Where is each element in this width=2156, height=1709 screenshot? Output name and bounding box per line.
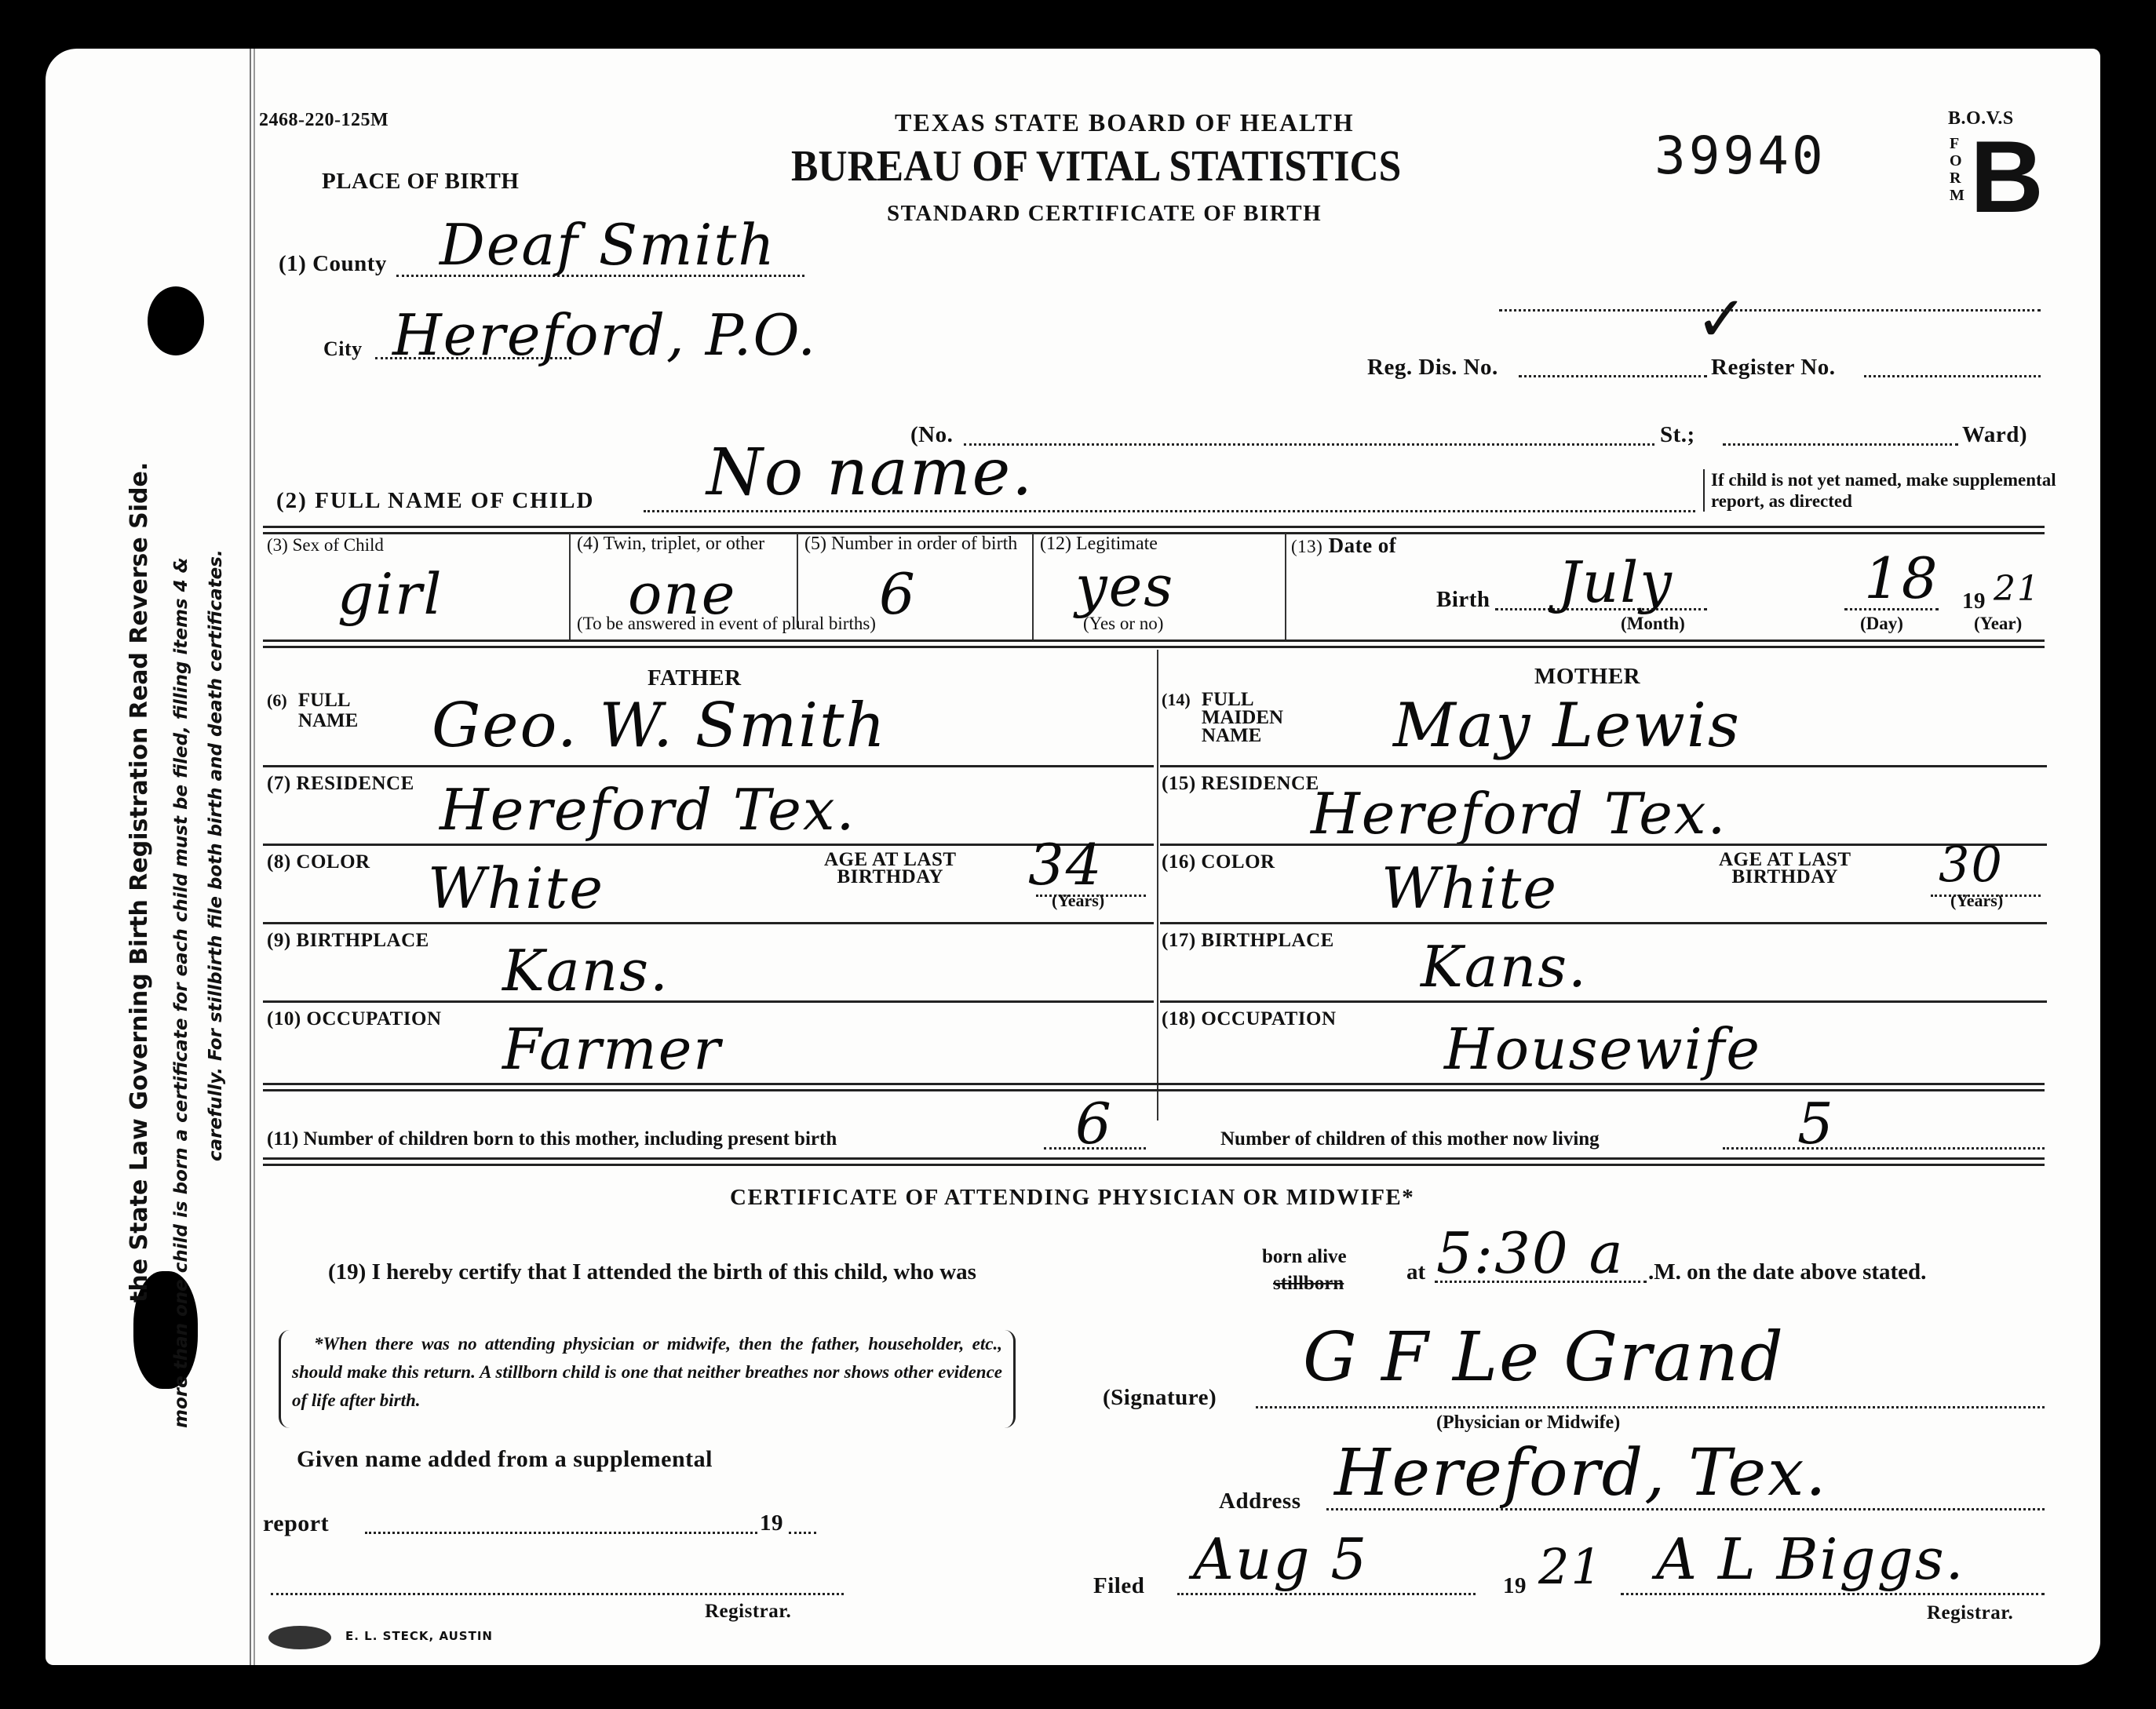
reg-dis-label: Reg. Dis. No. <box>1367 355 1498 381</box>
certificate-number: 39940 <box>1654 126 1826 186</box>
mother-occupation-label: (18) OCCUPATION <box>1162 1008 1337 1030</box>
father-name-value: Geo. W. Smith <box>432 691 887 761</box>
sex-label: (3) Sex of Child <box>267 535 384 556</box>
mother-birthplace-value: Kans. <box>1421 934 1588 1000</box>
father-birthplace-value: Kans. <box>502 938 669 1004</box>
father-occupation-value: Farmer <box>502 1016 722 1082</box>
day-caption: (Day) <box>1860 614 1903 634</box>
signature-line <box>1256 1406 2045 1408</box>
born-alive-option: born alive <box>1262 1246 1347 1268</box>
supplemental-report-label: report <box>263 1510 329 1537</box>
mother-name-rule <box>1160 765 2047 767</box>
form-code: 2468-220-125M <box>259 110 389 131</box>
supplemental-year-line <box>789 1532 816 1534</box>
mother-color-label: (16) COLOR <box>1162 851 1275 873</box>
certificate-type: STANDARD CERTIFICATE OF BIRTH <box>887 201 1322 227</box>
father-age-caption: (Years) <box>1052 891 1104 911</box>
form-letter: B <box>1970 126 2044 228</box>
father-birthplace-rule <box>263 1000 1154 1003</box>
dob-day-value: 18 <box>1864 545 1939 611</box>
footnote-bracket-box: *When there was no attending physician o… <box>279 1330 1016 1428</box>
sex-value: girl <box>337 561 443 627</box>
father-residence-value: Hereford Tex. <box>440 777 855 843</box>
signature-value: G F Le Grand <box>1303 1318 1785 1397</box>
month-caption: (Month) <box>1621 614 1685 634</box>
dob-year-prefix: 19 <box>1962 588 1986 614</box>
twin-label: (4) Twin, triplet, or other <box>577 534 773 554</box>
margin-instruction-line2: more than one child is born a certificat… <box>171 557 192 1428</box>
legitimate-label: (12) Legitimate <box>1040 534 1158 555</box>
rule-below-children <box>263 1157 2045 1166</box>
children-living-value: 5 <box>1797 1091 1835 1157</box>
filed-date-value: Aug 5 <box>1193 1526 1368 1592</box>
mother-name-label: (14) FULL MAIDEN NAME <box>1162 691 1280 745</box>
order-label: (5) Number in order of birth <box>804 534 1024 554</box>
plural-births-note: (To be answered in event of plural birth… <box>577 614 876 634</box>
mother-residence-label: (15) RESIDENCE <box>1162 773 1319 795</box>
mother-color-value: White <box>1381 855 1558 921</box>
register-label: Register No. <box>1711 355 1835 381</box>
address-ward-label: Ward) <box>1962 422 2027 448</box>
dob-label-2: Birth <box>1436 587 1490 613</box>
reg-dis-field <box>1519 375 1707 377</box>
printer-credit: E. L. STECK, AUSTIN <box>345 1629 493 1643</box>
legitimate-note: (Yes or no) <box>1083 614 1163 634</box>
filed-date-line <box>1177 1593 1476 1595</box>
father-name-rule <box>263 765 1154 767</box>
address-ward-field <box>1723 443 1958 446</box>
mother-birthplace-label: (17) BIRTHPLACE <box>1162 930 1334 952</box>
child-name-label: (2) FULL NAME OF CHILD <box>276 488 594 514</box>
union-label-icon <box>268 1626 331 1649</box>
form-label-side: F O R M <box>1950 135 1964 204</box>
mother-color-rule <box>1160 922 2047 924</box>
address-label: Address <box>1219 1489 1301 1514</box>
verification-check-mark: ✓ <box>1695 282 1748 356</box>
father-birthplace-label: (9) BIRTHPLACE <box>267 930 429 952</box>
margin-instruction-line1: the State Law Governing Birth Registrati… <box>126 462 153 1303</box>
filing-registrar-value: A L Biggs. <box>1656 1526 1965 1592</box>
supplemental-registrar-caption: Registrar. <box>705 1601 791 1623</box>
children-living-label: Number of children of this mother now li… <box>1220 1128 1600 1150</box>
supplemental-report-line <box>365 1532 757 1534</box>
father-age-label: AGE AT LAST BIRTHDAY <box>824 851 957 886</box>
dob-month-value: July <box>1558 549 1673 615</box>
rule-below-child-details <box>263 640 2045 648</box>
address-st-label: St.; <box>1660 422 1695 448</box>
filed-year-prefix: 19 <box>1503 1573 1527 1599</box>
certification-statement: (19) I hereby certify that I attended th… <box>328 1259 976 1285</box>
mother-age-label: AGE AT LAST BIRTHDAY <box>1719 851 1851 886</box>
child-name-note: If child is not yet named, make suppleme… <box>1703 469 2056 512</box>
children-born-value: 6 <box>1075 1091 1113 1157</box>
supplemental-year-prefix: 19 <box>760 1510 783 1536</box>
stillborn-option-struck: stillborn <box>1273 1273 1344 1295</box>
stub-divider-rule <box>250 49 255 1665</box>
binding-hole-top <box>148 286 204 355</box>
father-name-label: (6) FULL NAME <box>267 691 369 731</box>
father-color-label: (8) COLOR <box>267 851 370 873</box>
father-color-rule <box>263 922 1154 924</box>
dob-label-1: (13) Date of <box>1291 534 1396 558</box>
mother-residence-rule <box>1160 844 2047 846</box>
filed-year-suffix: 21 <box>1538 1538 1603 1595</box>
time-of-birth-value: 5:30 a <box>1436 1220 1625 1286</box>
mother-birthplace-rule <box>1160 1000 2047 1003</box>
dob-year-suffix: 21 <box>1994 569 2041 609</box>
bureau-title: BUREAU OF VITAL STATISTICS <box>791 141 1401 191</box>
mother-heading: MOTHER <box>1534 664 1640 690</box>
father-occupation-label: (10) OCCUPATION <box>267 1008 442 1030</box>
signature-caption: (Physician or Midwife) <box>1436 1412 1620 1434</box>
children-living-line <box>1723 1147 2045 1150</box>
mother-age-caption: (Years) <box>1950 891 2003 911</box>
children-born-label: (11) Number of children born to this mot… <box>267 1128 837 1150</box>
father-age-value: 34 <box>1028 832 1104 898</box>
footnote-text: *When there was no attending physician o… <box>292 1330 1002 1415</box>
filed-label: Filed <box>1093 1573 1144 1599</box>
time-suffix: .M. on the date above stated. <box>1648 1259 1926 1285</box>
divider-legit-dob <box>1285 534 1286 640</box>
board-title: TEXAS STATE BOARD OF HEALTH <box>895 108 1355 137</box>
child-name-line <box>644 510 1695 512</box>
city-label: City <box>323 337 363 361</box>
physician-certificate-heading: CERTIFICATE OF ATTENDING PHYSICIAN OR MI… <box>730 1185 1414 1211</box>
supplemental-registrar-line <box>271 1593 844 1595</box>
place-of-birth-heading: PLACE OF BIRTH <box>322 169 519 195</box>
divider-sex-twin <box>569 534 571 640</box>
filing-registrar-line <box>1621 1593 2045 1595</box>
mother-occupation-value: Housewife <box>1444 1016 1761 1082</box>
child-name-value: No name. <box>706 435 1034 510</box>
upper-right-line <box>1499 309 2041 312</box>
divider-father-mother <box>1157 650 1158 1121</box>
father-residence-label: (7) RESIDENCE <box>267 773 414 795</box>
year-caption: (Year) <box>1974 614 2022 634</box>
at-label: at <box>1406 1259 1425 1285</box>
father-color-value: White <box>428 855 604 921</box>
rule-below-occupation <box>263 1083 2045 1091</box>
county-label: (1) County <box>279 251 387 277</box>
mother-name-value: May Lewis <box>1393 691 1741 761</box>
father-residence-rule <box>263 844 1154 846</box>
address-no-field <box>964 443 1654 446</box>
filing-registrar-caption: Registrar. <box>1927 1602 2013 1624</box>
supplemental-label: Given name added from a supplemental <box>297 1446 713 1473</box>
mother-age-value: 30 <box>1939 836 2004 893</box>
mother-residence-value: Hereford Tex. <box>1311 781 1727 847</box>
address-value: Hereford, Tex. <box>1334 1436 1827 1510</box>
register-field <box>1864 375 2041 377</box>
order-value: 6 <box>879 561 917 627</box>
divider-order-legit <box>1032 534 1034 640</box>
signature-label: (Signature) <box>1103 1385 1217 1411</box>
legitimate-value: yes <box>1075 553 1174 619</box>
county-value: Deaf Smith <box>440 212 776 278</box>
margin-instruction-line3: carefully. For stillbirth file both birt… <box>206 549 226 1161</box>
father-heading: FATHER <box>648 665 742 691</box>
city-value: Hereford, P.O. <box>392 302 817 368</box>
